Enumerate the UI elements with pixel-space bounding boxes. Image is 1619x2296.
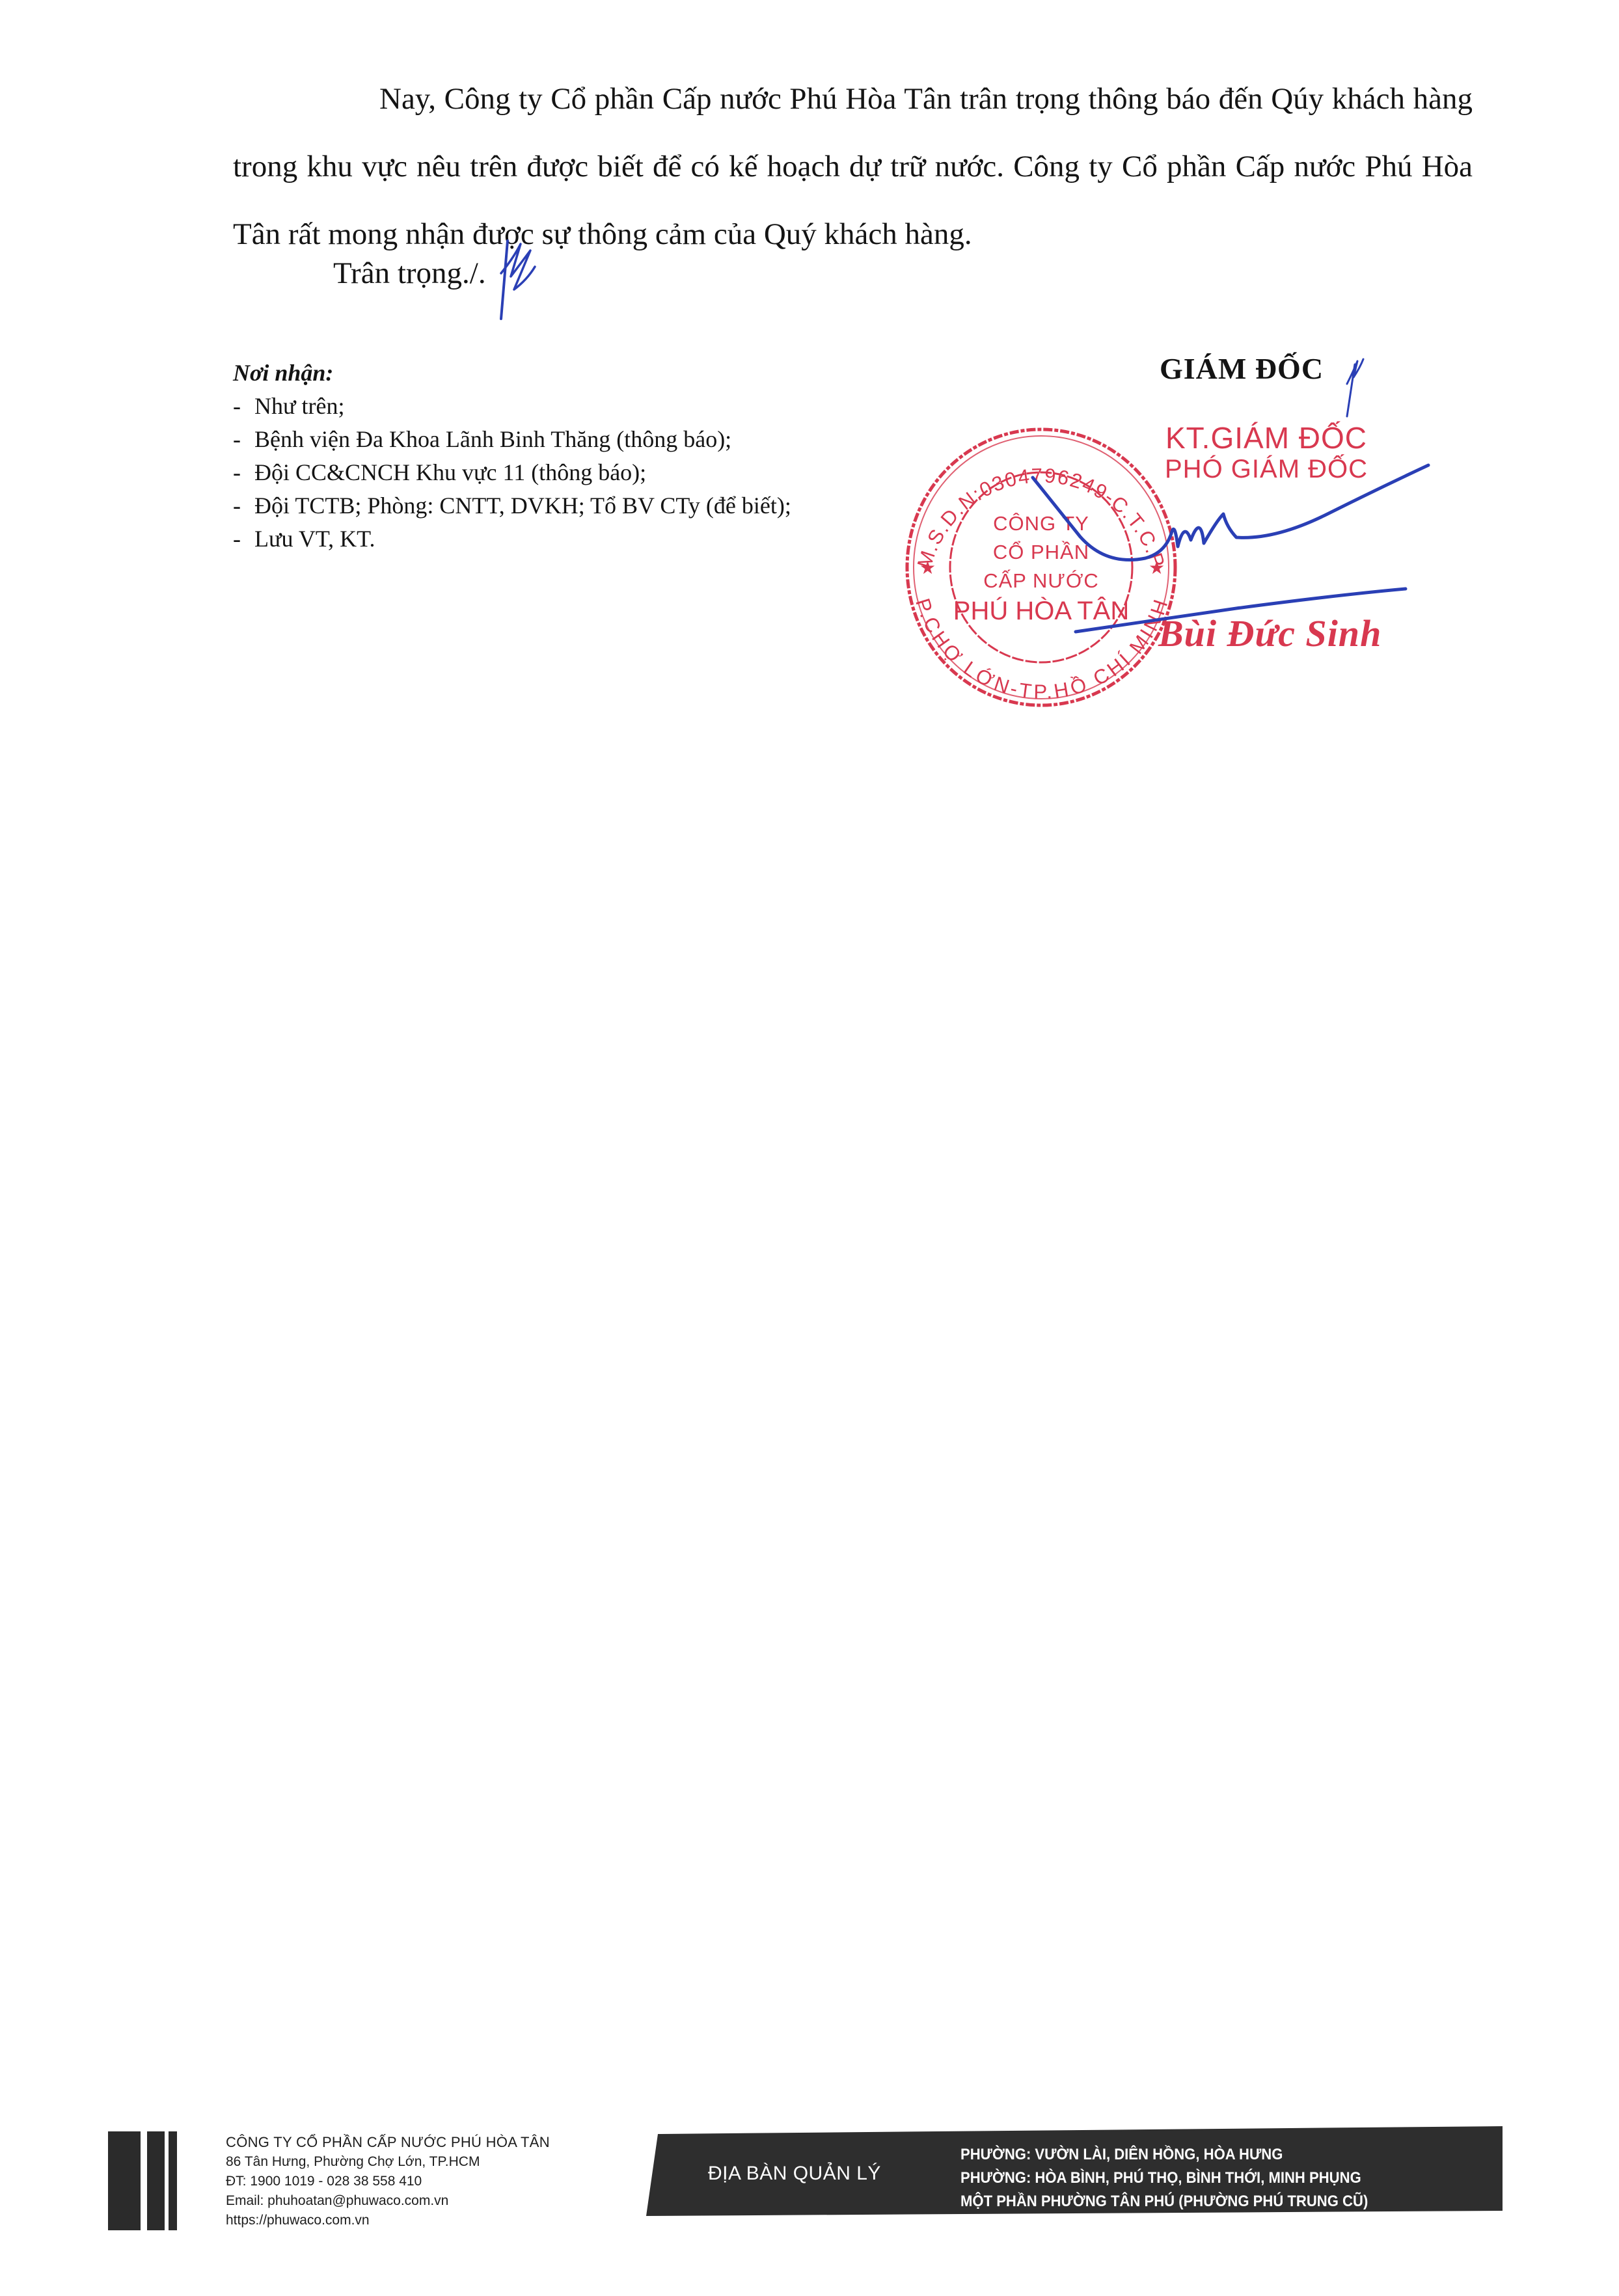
recipients-block: Nơi nhận: -Như trên; -Bệnh viện Đa Khoa … [233,357,791,556]
deputy-line-2: PHÓ GIÁM ĐỐC [1165,454,1368,484]
seal-line-1: CÔNG TY [993,509,1089,538]
bullet-dash: - [233,390,254,423]
service-area-wards: PHƯỜNG: VƯỜN LÀI, DIÊN HỒNG, HÒA HƯNG PH… [960,2143,1368,2213]
closing-salutation: Trân trọng./. [333,254,486,293]
service-area-label: ĐỊA BÀN QUẢN LÝ [708,2163,881,2185]
recipients-list: -Như trên; -Bệnh viện Đa Khoa Lãnh Binh … [233,390,791,556]
recipients-heading-colon: : [325,360,333,386]
seal-center: CÔNG TY CỔ PHẦN CẤP NƯỚC PHÚ HÒA TÂN [901,423,1181,709]
company-seal: M.S.D.N:0304796249-C.T.C.P P.CHỢ LỚN-TP.… [901,423,1181,709]
bullet-dash: - [233,489,254,522]
ward-line: MỘT PHẦN PHƯỜNG TÂN PHÚ (PHƯỜNG PHÚ TRUN… [960,2190,1368,2213]
footer-phone: ĐT: 1900 1019 - 028 38 558 410 [226,2172,550,2191]
recipient-item: -Đội TCTB; Phòng: CNTT, DVKH; Tổ BV CTy … [233,489,791,522]
bullet-dash: - [233,522,254,556]
ward-line: PHƯỜNG: VƯỜN LÀI, DIÊN HỒNG, HÒA HƯNG [960,2143,1368,2167]
logo-bar-icon [108,2131,141,2230]
deputy-line-1: KT.GIÁM ĐỐC [1165,422,1368,454]
recipient-item: -Lưu VT, KT. [233,522,791,556]
logo-bar-icon [169,2131,177,2230]
notice-paragraph: Nay, Công ty Cổ phần Cấp nước Phú Hòa Tâ… [233,65,1473,268]
deputy-stamp: KT.GIÁM ĐỐC PHÓ GIÁM ĐỐC [1165,422,1368,484]
recipient-text: Bệnh viện Đa Khoa Lãnh Binh Thăng (thông… [254,423,731,456]
footer-address: 86 Tân Hưng, Phường Chợ Lớn, TP.HCM [226,2152,550,2172]
seal-line-3: CẤP NƯỚC [983,567,1099,595]
recipient-text: Đội CC&CNCH Khu vực 11 (thông báo); [254,456,646,489]
recipients-heading: Nơi nhận: [233,357,791,390]
footer-logo-bars [108,2131,177,2230]
seal-line-2: CỔ PHẦN [993,538,1089,567]
footer-contact: CÔNG TY CỔ PHẦN CẤP NƯỚC PHÚ HÒA TÂN 86 … [226,2133,550,2230]
logo-bar-icon [147,2131,165,2230]
footer-website-link[interactable]: https://phuwaco.com.vn [226,2211,550,2230]
bullet-dash: - [233,456,254,489]
footer-company-name: CÔNG TY CỔ PHẦN CẤP NƯỚC PHÚ HÒA TÂN [226,2133,550,2152]
recipient-item: -Như trên; [233,390,791,423]
seal-line-4: PHÚ HÒA TÂN [953,595,1129,627]
recipients-heading-text: Nơi nhận [233,360,325,386]
notice-paragraph-text: Nay, Công ty Cổ phần Cấp nước Phú Hòa Tâ… [233,82,1473,251]
recipient-item: -Bệnh viện Đa Khoa Lãnh Binh Thăng (thôn… [233,423,791,456]
signer-name: Bùi Đức Sinh [1158,612,1381,655]
recipient-text: Lưu VT, KT. [254,522,375,556]
recipient-item: -Đội CC&CNCH Khu vực 11 (thông báo); [233,456,791,489]
signatory-title: GIÁM ĐỐC [1160,351,1324,386]
recipient-text: Đội TCTB; Phòng: CNTT, DVKH; Tổ BV CTy (… [254,489,791,522]
footer-email[interactable]: Email: phuhoatan@phuwaco.com.vn [226,2191,550,2211]
footer-service-area-band: ĐỊA BÀN QUẢN LÝ PHƯỜNG: VƯỜN LÀI, DIÊN H… [646,2126,1503,2221]
bullet-dash: - [233,423,254,456]
recipient-text: Như trên; [254,390,344,423]
ward-line: PHƯỜNG: HÒA BÌNH, PHÚ THỌ, BÌNH THỚI, MI… [960,2167,1368,2190]
